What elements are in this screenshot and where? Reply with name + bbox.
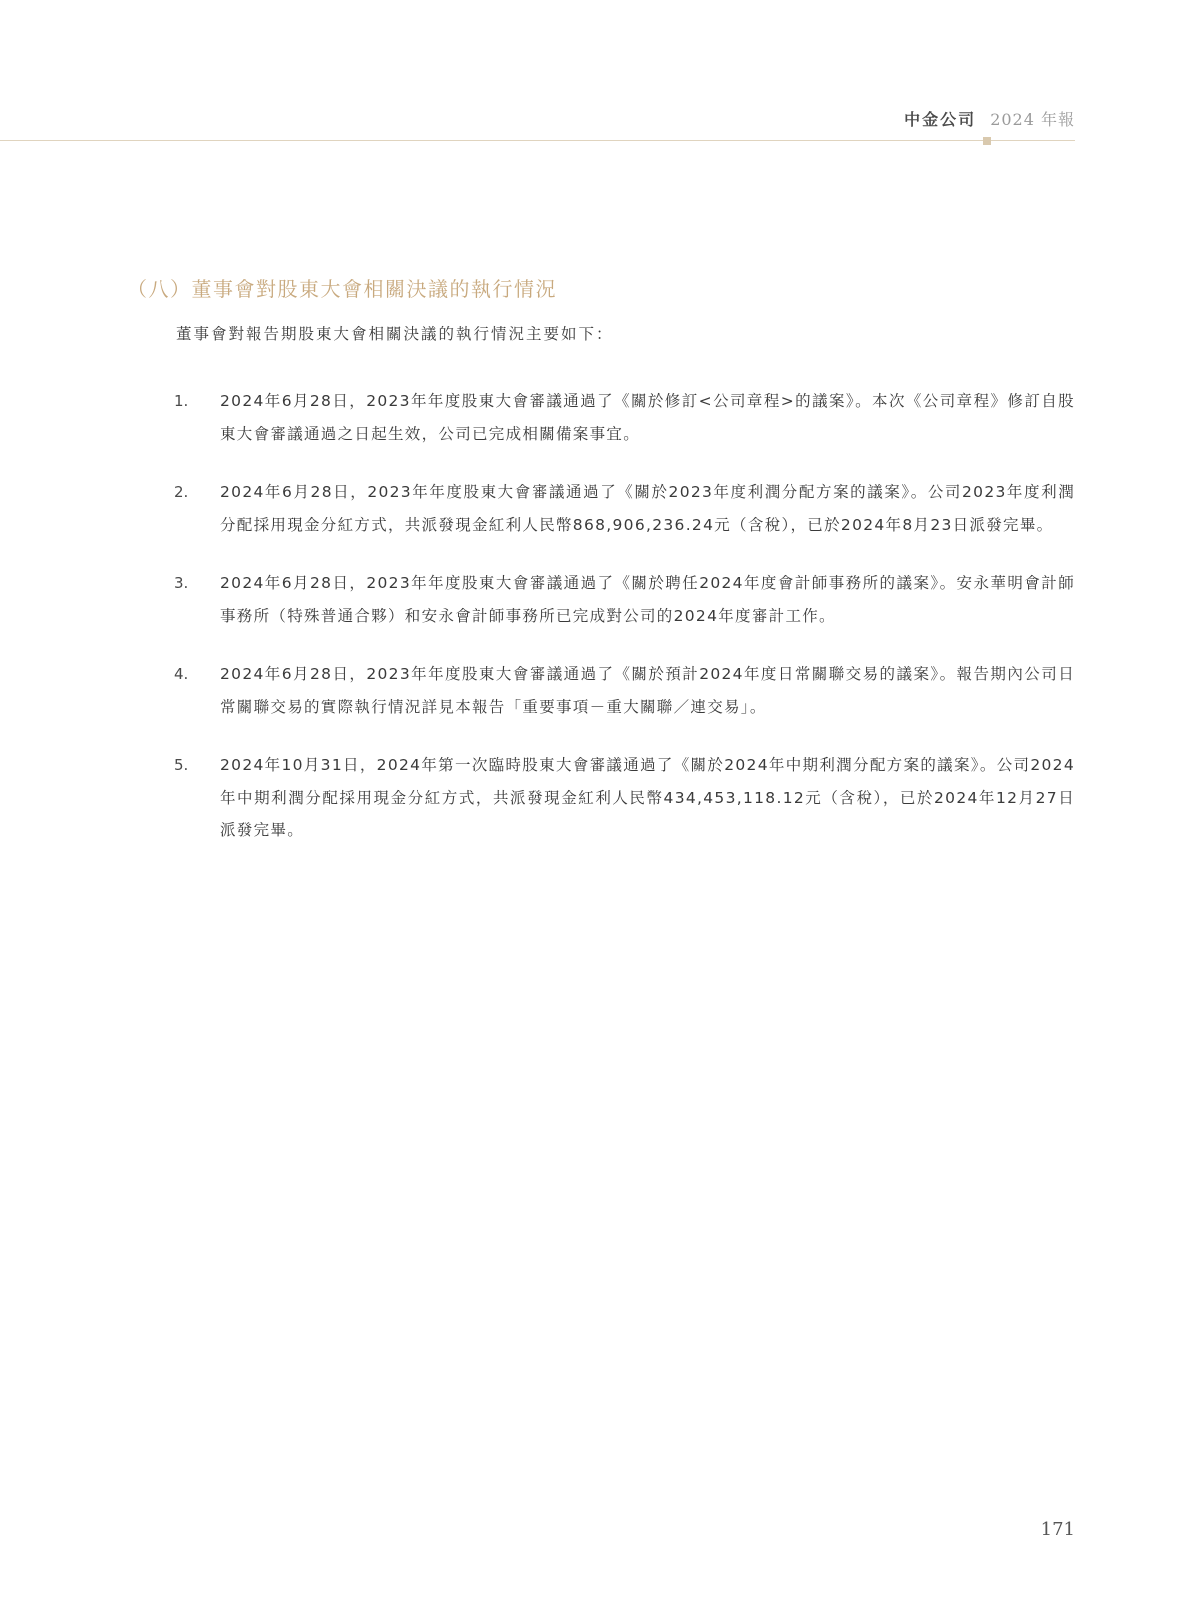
list-item: 2. 2024年6月28日，2023年年度股東大會審議通過了《關於2023年度利… (174, 476, 1075, 541)
section-intro: 董事會對報告期股東大會相關決議的執行情況主要如下： (176, 322, 614, 346)
section-title: （八）董事會對股東大會相關決議的執行情況 (127, 275, 557, 303)
page-number: 171 (1041, 1518, 1075, 1542)
list-item-text: 2024年6月28日，2023年年度股東大會審議通過了《關於預計2024年度日常… (220, 665, 1075, 716)
running-header: 中金公司2024 年報 (904, 110, 1075, 130)
header-rule (0, 140, 1075, 141)
list-item-number: 2. (174, 476, 188, 509)
resolution-list: 1. 2024年6月28日，2023年年度股東大會審議通過了《關於修訂<公司章程… (174, 385, 1075, 847)
list-item: 5. 2024年10月31日，2024年第一次臨時股東大會審議通過了《關於202… (174, 749, 1075, 847)
list-item-number: 5. (174, 749, 188, 782)
list-item-number: 3. (174, 567, 188, 600)
header-marker (983, 137, 991, 145)
list-item: 3. 2024年6月28日，2023年年度股東大會審議通過了《關於聘任2024年… (174, 567, 1075, 632)
list-item-text: 2024年6月28日，2023年年度股東大會審議通過了《關於聘任2024年度會計… (220, 574, 1075, 625)
list-item: 1. 2024年6月28日，2023年年度股東大會審議通過了《關於修訂<公司章程… (174, 385, 1075, 450)
list-item: 4. 2024年6月28日，2023年年度股東大會審議通過了《關於預計2024年… (174, 658, 1075, 723)
list-item-text: 2024年6月28日，2023年年度股東大會審議通過了《關於修訂<公司章程>的議… (220, 392, 1075, 443)
list-item-text: 2024年6月28日，2023年年度股東大會審議通過了《關於2023年度利潤分配… (220, 483, 1075, 534)
list-item-number: 1. (174, 385, 188, 418)
list-item-text: 2024年10月31日，2024年第一次臨時股東大會審議通過了《關於2024年中… (220, 756, 1075, 839)
report-title: 2024 年報 (990, 110, 1075, 129)
company-name: 中金公司 (904, 110, 976, 129)
list-item-number: 4. (174, 658, 188, 691)
